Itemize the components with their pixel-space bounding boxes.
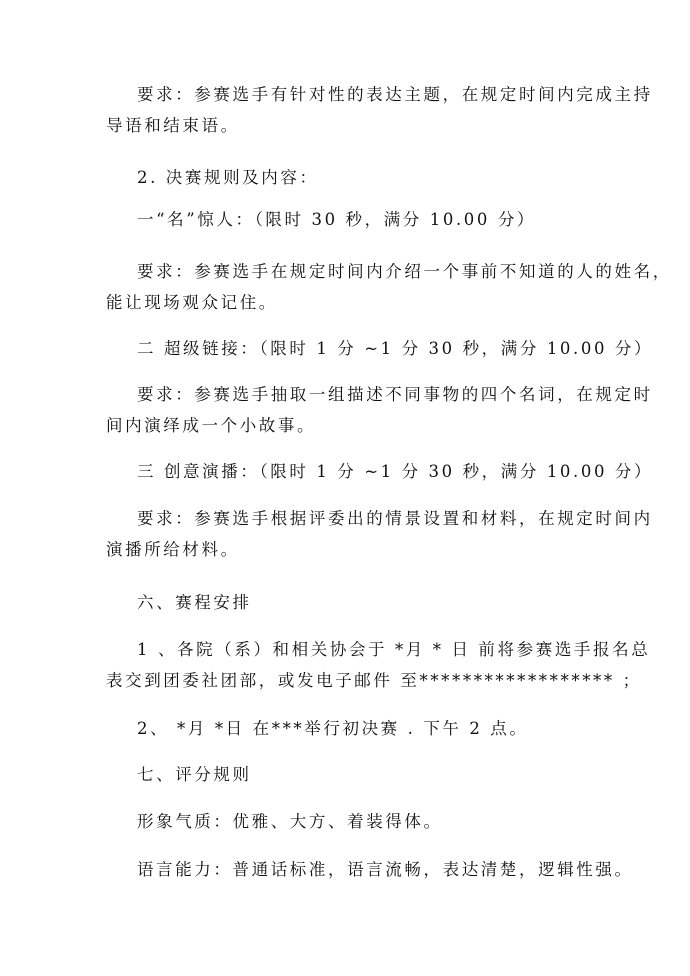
section-scoring-heading: 七、评分规则 (137, 765, 617, 785)
round-one-title: 一“名”惊人：（限时 30 秒，满分 10.00 分） (137, 210, 617, 230)
scoring-appearance: 形象气质：优雅、大方、着装得体。 (137, 812, 617, 832)
section-schedule-heading: 六、赛程安排 (137, 593, 617, 613)
round-two-title: 二 超级链接：（限时 1 分 ~1 分 30 秒，满分 10.00 分） (137, 339, 617, 359)
round-two-requirement-line2: 间内演绎成一个小故事。 (106, 416, 586, 436)
schedule-item-2: 2、 *月 *日 在***举行初决赛 . 下午 2 点。 (137, 719, 617, 739)
paragraph-requirement-host-line1: 要求：参赛选手有针对性的表达主题，在规定时间内完成主持 (137, 85, 617, 105)
round-one-requirement-line2: 能让现场观众记住。 (106, 293, 586, 313)
schedule-item-1-line1: 1 、各院（系）和相关协会于 *月 * 日 前将参赛选手报名总 (137, 640, 617, 660)
paragraph-requirement-host-line2: 导语和结束语。 (106, 116, 586, 136)
document-page: 要求：参赛选手有针对性的表达主题，在规定时间内完成主持 导语和结束语。 2. 决… (0, 0, 690, 976)
round-three-title: 三 创意演播：（限时 1 分 ~1 分 30 秒，满分 10.00 分） (137, 462, 617, 482)
round-three-requirement-line2: 演播所给材料。 (106, 540, 586, 560)
round-two-requirement-line1: 要求：参赛选手抽取一组描述不同事物的四个名词，在规定时 (137, 385, 617, 405)
round-three-requirement-line1: 要求：参赛选手根据评委出的情景设置和材料，在规定时间内 (137, 509, 617, 529)
section-final-rules-heading: 2. 决赛规则及内容： (137, 168, 617, 188)
schedule-item-1-line2: 表交到团委社团部，或发电子邮件 至****************** ； (106, 671, 586, 691)
scoring-language: 语言能力：普通话标准，语言流畅，表达清楚，逻辑性强。 (137, 860, 617, 880)
round-one-requirement-line1: 要求：参赛选手在规定时间内介绍一个事前不知道的人的姓名， (137, 262, 617, 282)
